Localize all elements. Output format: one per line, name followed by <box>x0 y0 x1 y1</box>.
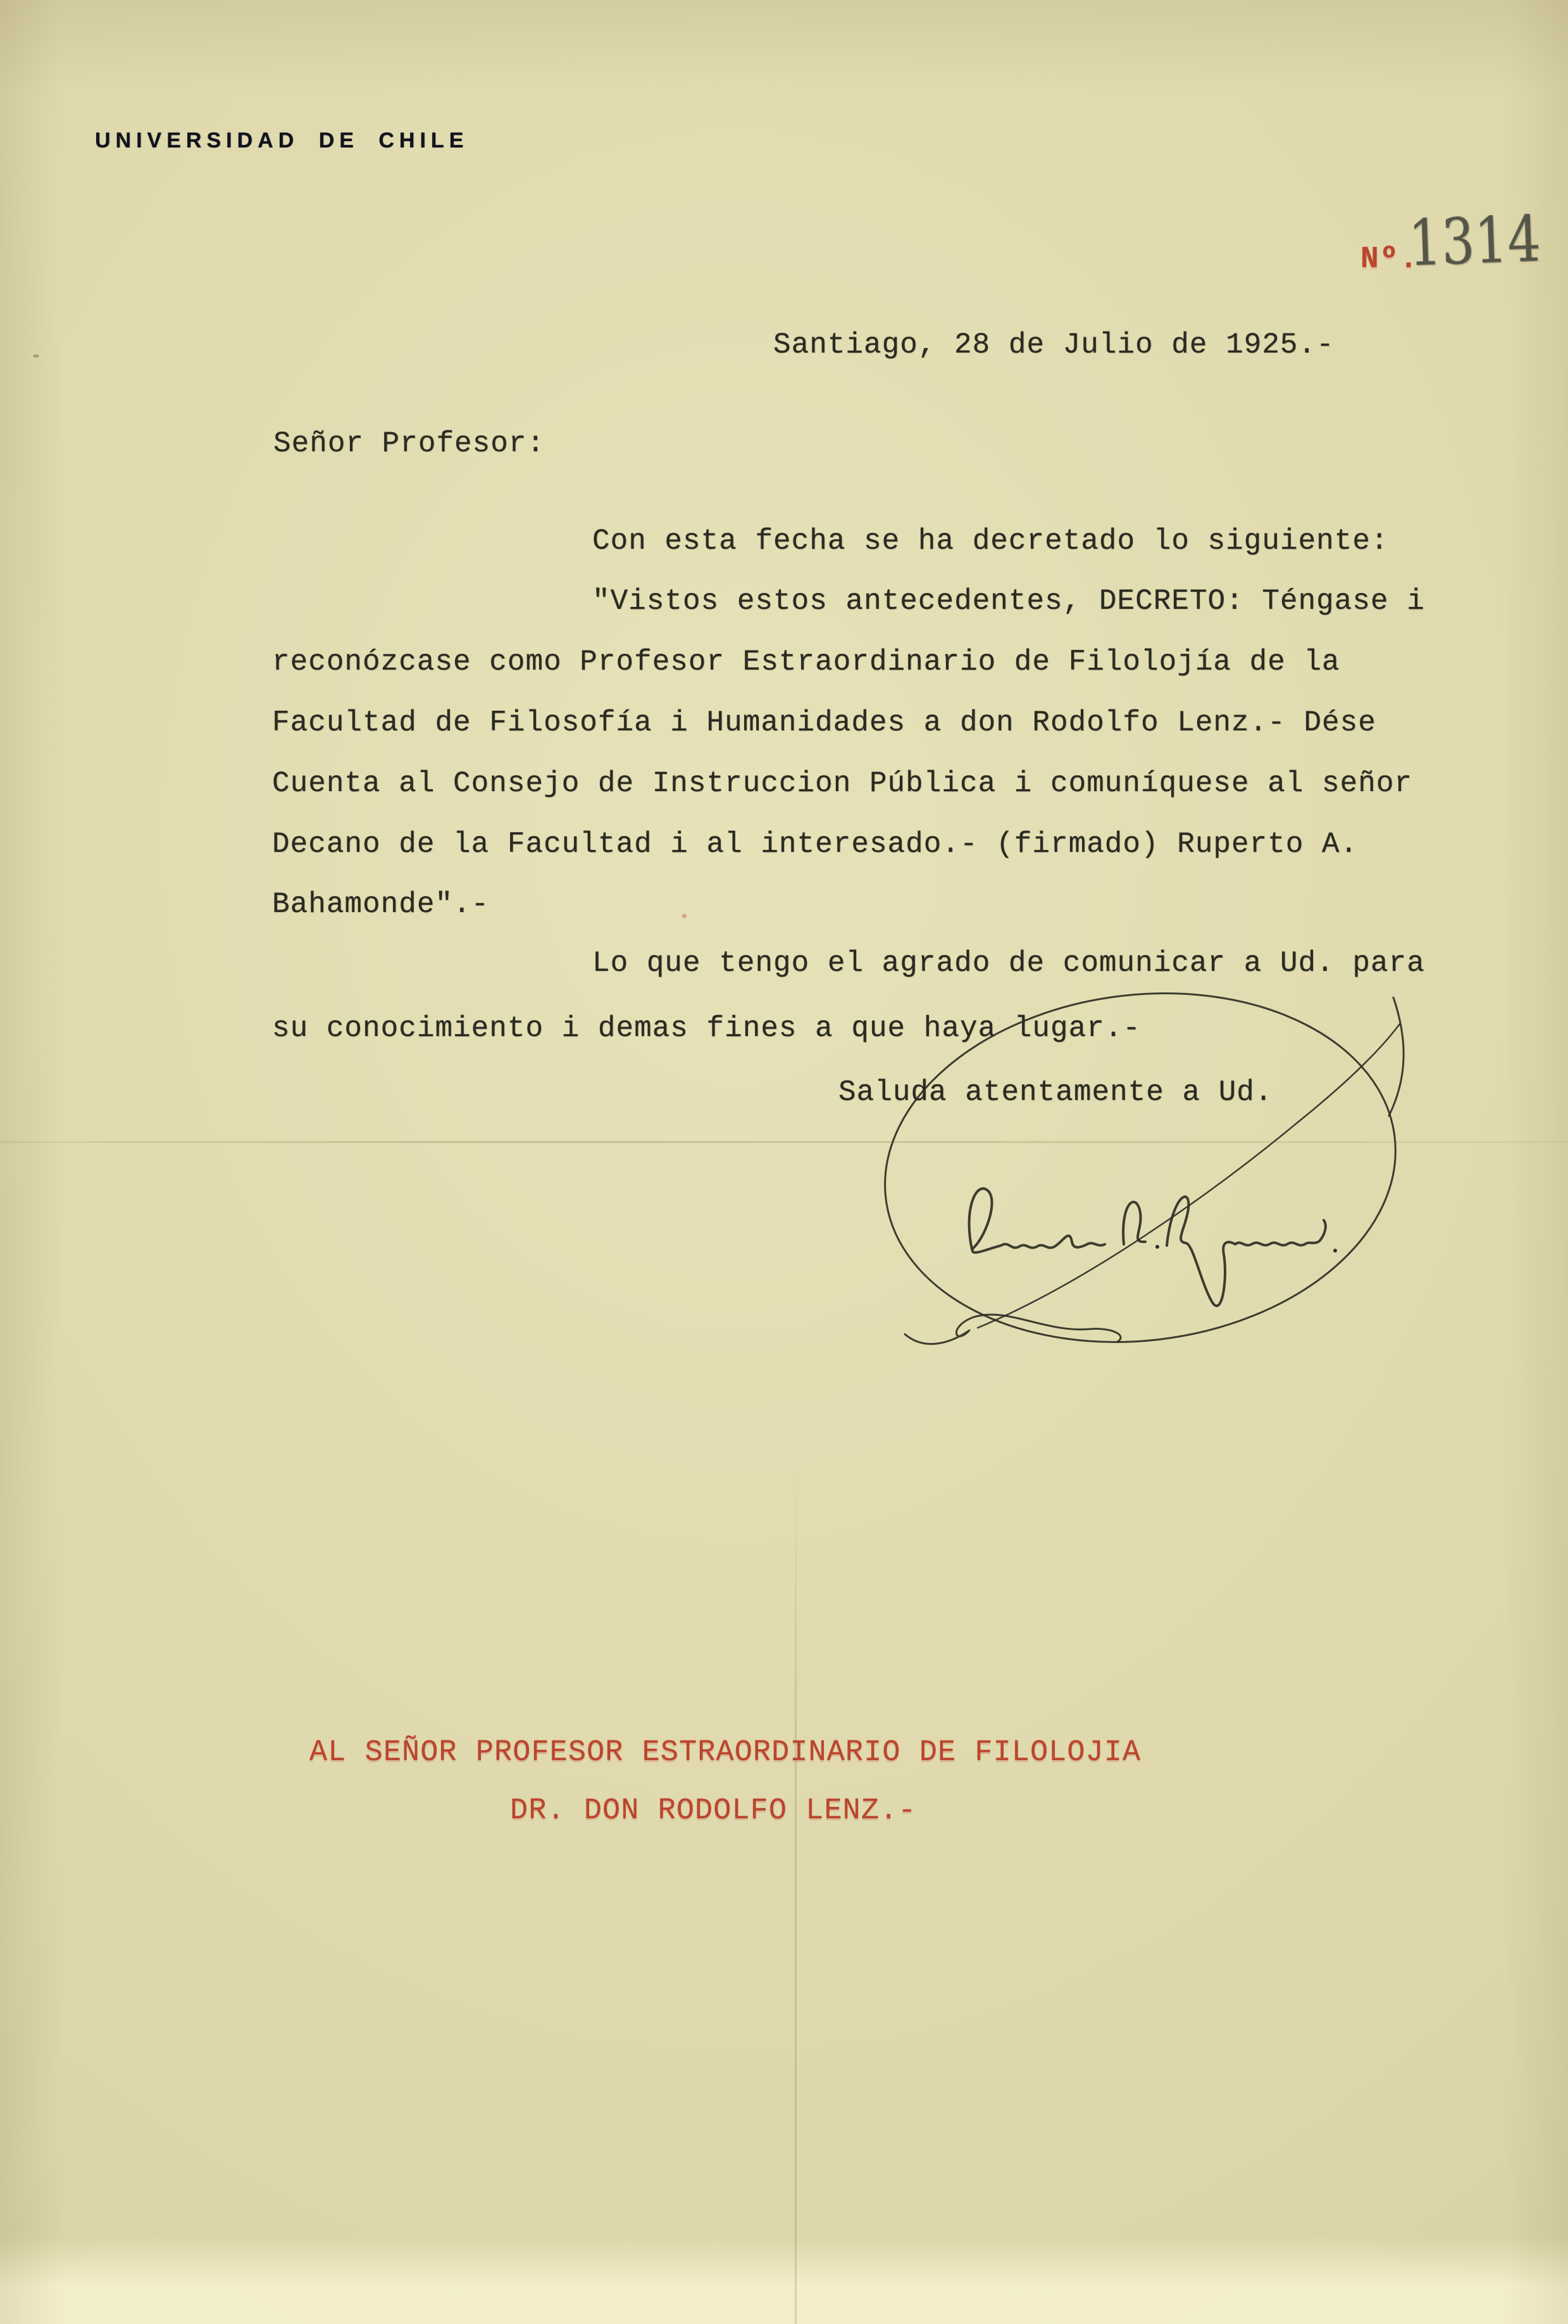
signature-flourish-oval <box>865 986 1416 1366</box>
signature-name-path <box>969 1189 1105 1253</box>
letter-page: UNIVERSIDAD DE CHILE Nº. 1314 Santiago, … <box>0 0 1568 2324</box>
body-line: Cuenta al Consejo de Instruccion Pública… <box>272 768 1412 800</box>
letterhead: UNIVERSIDAD DE CHILE <box>95 128 468 153</box>
body-line: reconózcase como Profesor Estraordinario… <box>272 646 1340 678</box>
signature-flourish-hook <box>1389 997 1403 1116</box>
signature-name-path <box>1167 1197 1326 1306</box>
signature-ruperto-a-bahamonde <box>854 986 1424 1366</box>
body-line: Con esta fecha se ha decretado lo siguie… <box>592 525 1389 558</box>
body-line: Lo que tengo el agrado de comunicar a Ud… <box>592 947 1425 980</box>
paper-speck <box>682 914 687 918</box>
date-line: Santiago, 28 de Julio de 1925.- <box>773 329 1335 361</box>
body-line: Bahamonde".- <box>272 889 489 921</box>
paper-speck <box>33 354 39 358</box>
body-line: Facultad de Filosofía i Humanidades a do… <box>272 707 1376 739</box>
folio-number-stamp: 1314 <box>1407 202 1542 280</box>
signature-flourish-squiggle <box>905 1315 1121 1344</box>
horizontal-crease <box>0 1141 1568 1143</box>
signature-flourish-diagonal <box>978 1024 1400 1328</box>
signature-dot <box>1333 1249 1337 1253</box>
footer-addressee-line: AL SEÑOR PROFESOR ESTRAORDINARIO DE FILO… <box>309 1737 1141 1770</box>
signature-dot <box>1155 1245 1159 1249</box>
vertical-fold-crease <box>795 1468 797 2324</box>
body-line: "Vistos estos antecedentes, DECRETO: Tén… <box>592 585 1425 618</box>
salutation-line: Señor Profesor: <box>273 428 545 460</box>
footer-addressee-name: DR. DON RODOLFO LENZ.- <box>510 1795 917 1828</box>
body-line: Decano de la Facultad i al interesado.- … <box>272 828 1358 861</box>
